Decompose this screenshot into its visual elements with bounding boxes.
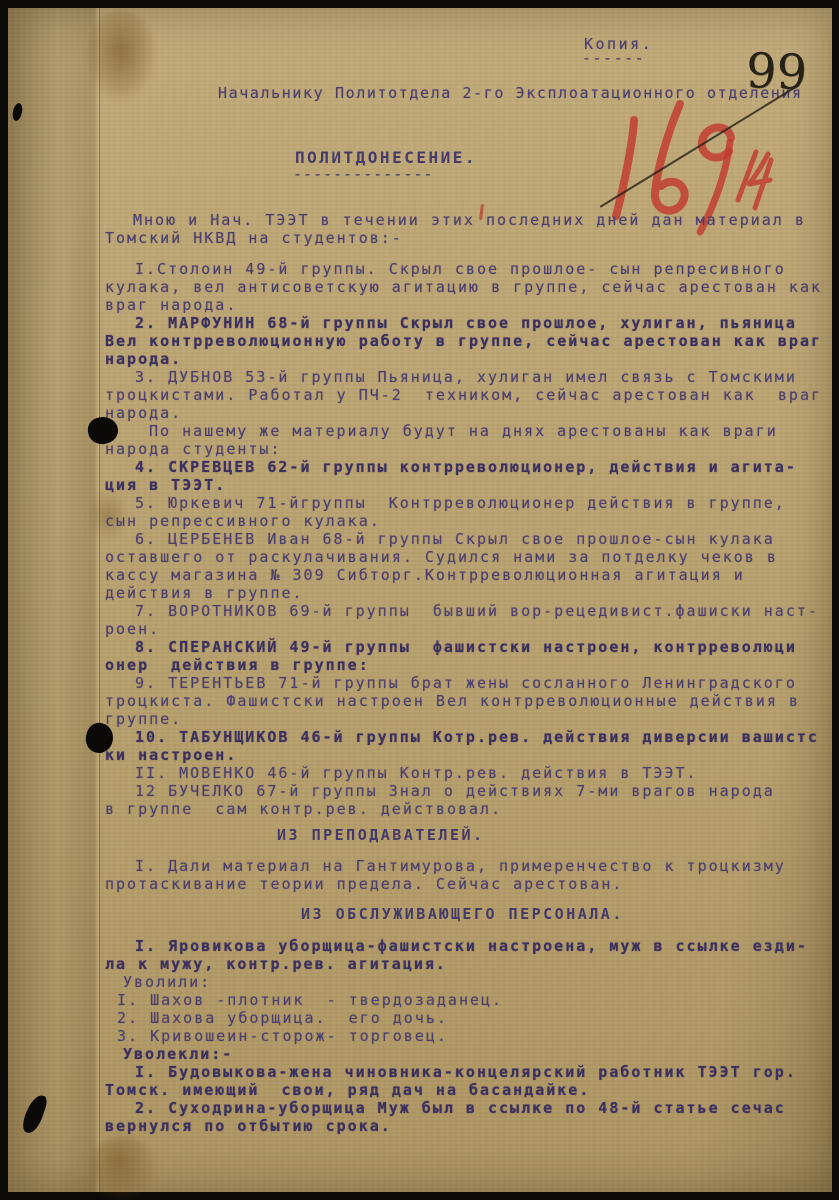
red-digit-1 (616, 120, 634, 216)
dismissed2-item-2: 2. Суходрина-уборщица Муж был в ссылке п… (105, 1099, 839, 1135)
dismissed-item-3: 3. Кривошеин-сторож- торговец. (105, 1027, 839, 1045)
report-title-underline: -------------- (293, 165, 433, 183)
paper-stain-top (86, 10, 156, 102)
section-heading-teachers: ИЗ ПРЕПОДАВАТЕЛЕЙ. (277, 826, 839, 844)
staff-item: I. Яровикова уборщица-фашистски настроен… (105, 937, 839, 973)
dismissed-label: Уволили: (105, 973, 839, 991)
copy-label-underline: ------ (582, 49, 645, 67)
student-item-9: 9. ТЕРЕНТЬЕВ 71-й группы брат жены сосла… (105, 674, 839, 728)
student-item-7: 7. ВОРОТНИКОВ 69-й группы бывший вор-рец… (105, 602, 839, 638)
report-body: Мною и Нач. ТЭЭТ в течении этих последни… (105, 211, 839, 1135)
student-item-12: 12 БУЧЕЛКО 67-й группы Знал о действиях … (105, 782, 839, 818)
left-margin-fold (8, 8, 100, 1192)
student-item-6: 6. ЦЕРБЕНЕВ Иван 68-й группы Скрыл свое … (105, 530, 839, 602)
document-page: Копия. ------ 99 Начальнику Политотдела … (8, 8, 832, 1192)
student-item-10: 10. ТАБУНЩИКОВ 46-й группы Котр.рев. дей… (105, 728, 839, 764)
dismissed-item-2: 2. Шахова уборщица. его дочь. (105, 1009, 839, 1027)
paper-stain-bottom (90, 1136, 156, 1200)
dismissed2-item-1: I. Будовыкова-жена чиновника-концелярски… (105, 1063, 839, 1099)
intro-paragraph: Мною и Нач. ТЭЭТ в течении этих последни… (105, 211, 839, 247)
teachers-item: I. Дали материал на Гантимурова, примере… (105, 857, 839, 893)
student-item-8: 8. СПЕРАНСКИЙ 49-й группы фашистски наст… (105, 638, 839, 674)
dismissed2-label: Уволекли:- (105, 1045, 839, 1063)
student-item-11: II. МОВЕНКО 46-й группы Контр.рев. дейст… (105, 764, 839, 782)
arrest-note: По нашему же материалу будут на днях аре… (105, 422, 839, 458)
student-item-3: 3. ДУБНОВ 53-й группы Пьяница, хулиган и… (105, 368, 839, 422)
student-item-5: 5. Юркевич 71-йгруппы Контрреволюционер … (105, 494, 839, 530)
student-item-1: I.Столоин 49-й группы. Скрыл свое прошло… (105, 260, 839, 314)
dismissed-item-1: I. Шахов -плотник - твердозаданец. (105, 991, 839, 1009)
section-heading-staff: ИЗ ОБСЛУЖИВАЮЩЕГО ПЕРСОНАЛА. (301, 905, 839, 923)
student-item-2: 2. МАРФУНИН 68-й группы Скрыл свое прошл… (105, 314, 839, 368)
student-item-4: 4. СКРЕВЦЕВ 62-й группы контрреволюционе… (105, 458, 839, 494)
